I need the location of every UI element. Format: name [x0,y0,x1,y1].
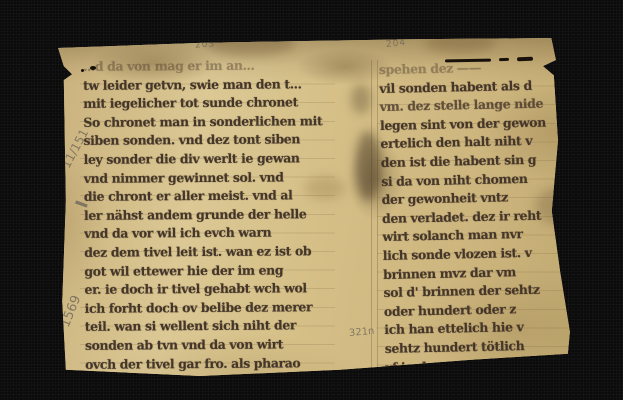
manuscript-line: vf im hat: owe des o [385,354,577,377]
manuscript-line: So chronet man in sonderlichen mit [83,112,329,132]
manuscript-line: vnd nimmer gewinnet sol. vnd [84,168,330,188]
manuscript-line: tw leider getvn, swie man den t... [83,75,329,95]
left-text-column: ...d da von mag er im an... tw leider ge… [83,56,331,374]
manuscript-line: got wil ettewer hie der im eng [84,261,330,281]
manuscript-line: er. ie doch ir tivel gehabt wch wol [84,279,330,299]
stain [535,186,595,226]
manuscript-line: mit iegelicher tot sunde chronet [83,93,329,113]
manuscript-line: vnd da vor wil ich evch warn [84,223,330,243]
manuscript-line: teil. wan si wellent sich niht der [85,316,331,336]
ink-smudge [355,131,381,201]
stitch-repair-slit [499,58,509,61]
manuscript-line: ich forht doch ov belibe dez merer [85,298,331,318]
manuscript-line: sehtz hundert tötlich [385,336,577,359]
parchment-hole [90,66,96,70]
stain [205,30,295,56]
photo-canvas: { "manuscript": { "left_column": { "line… [0,0,623,400]
manuscript-line: dez dem tivel leit ist. wan ez ist ob [84,242,330,262]
manuscript-line: die chront er aller meist. vnd al [84,186,330,206]
stitch-repair-slit [517,57,533,62]
folio-number-right: 204 [386,38,407,50]
manuscript-line: ovch der tivel gar fro. als pharao [85,354,331,374]
manuscript-line: ley sonder die div werlt ie gewan [84,149,330,169]
ink-smudge [351,84,371,114]
manuscript-fragment: 203 204 11/151 I 1569 321n ...d da von m… [55,36,573,378]
stain [305,176,345,200]
manuscript-line: ler nähst andem grunde der helle [84,205,330,225]
manuscript-line: sonden ab tvn vnd da von wirt [85,335,331,355]
parchment-hole [81,69,84,72]
column-boundary-line [377,60,378,370]
stain [425,32,495,54]
manuscript-line: siben sonden. vnd dez tont siben [83,131,329,151]
column-boundary-line [371,60,372,370]
manuscript-line: ...d da von mag er im an... [83,56,329,76]
